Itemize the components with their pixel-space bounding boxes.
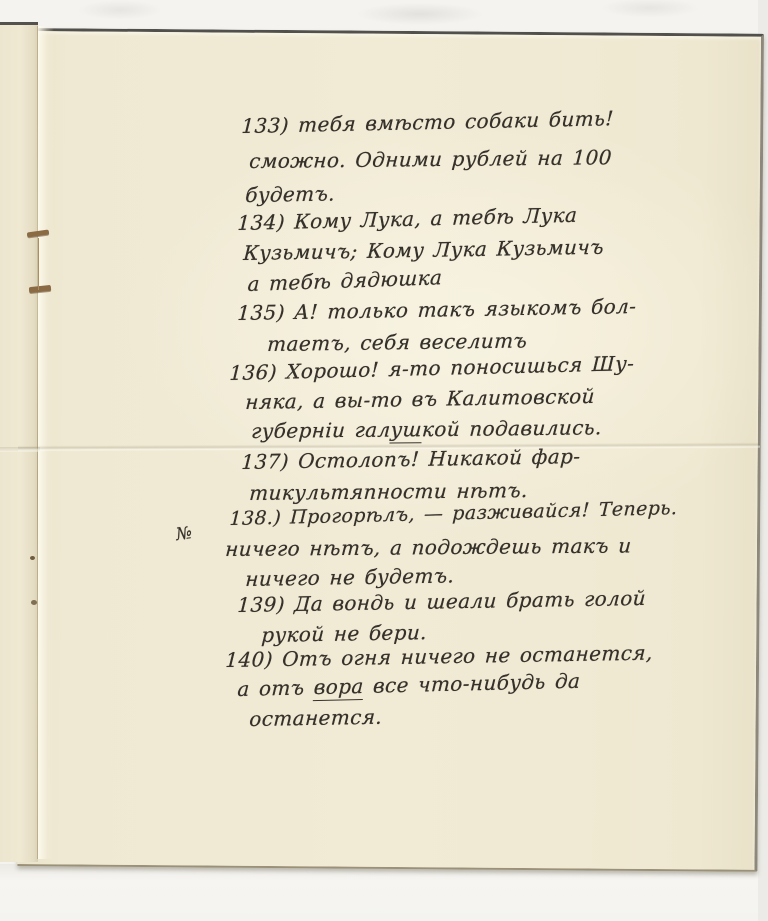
- underlined-word: уш: [390, 417, 423, 443]
- handwritten-line: останется.: [249, 705, 383, 731]
- handwritten-line: будетъ.: [245, 181, 336, 207]
- handwritten-line: Кузьмичъ; Кому Лука Кузьмичъ: [243, 235, 605, 265]
- margin-number-mark: №: [175, 523, 194, 545]
- handwritten-line: а тебѣ дядюшка: [247, 265, 443, 296]
- handwritten-line: 134) Кому Лука, а тебѣ Лука: [237, 203, 578, 235]
- handwritten-line: рукой не бери.: [261, 620, 428, 647]
- handwritten-line: 136) Хорошо! я-то поносишься Шу-: [229, 351, 635, 385]
- scanned-page: № 133) тебя вмѣсто собаки бить!сможно. О…: [0, 0, 768, 921]
- underlined-word: вора: [313, 674, 364, 701]
- handwritten-line: сможно. Одними рублей на 100: [249, 145, 613, 173]
- handwritten-line: 137) Остолопъ! Никакой фар-: [241, 444, 581, 474]
- handwritten-line: ничего нѣтъ, а подождешь такъ и: [225, 533, 633, 561]
- handwritten-line: 135) А! только такъ языкомъ бол-: [237, 294, 637, 325]
- handwritten-line: таетъ, себя веселитъ: [267, 328, 528, 356]
- handwritten-line: ничего не будетъ.: [245, 563, 455, 591]
- handwritten-line: 133) тебя вмѣсто собаки бить!: [241, 106, 615, 138]
- handwritten-line: а отъ вора все что-нибудь да: [237, 669, 581, 701]
- handwritten-line: няка, а вы-то въ Калитовской: [245, 384, 596, 414]
- handwritten-line: 139) Да вондь и шеали брать голой: [237, 586, 647, 617]
- handwriting-layer: № 133) тебя вмѣсто собаки бить!сможно. О…: [0, 0, 768, 921]
- handwritten-line: губерніи галушкой подавились.: [251, 415, 603, 443]
